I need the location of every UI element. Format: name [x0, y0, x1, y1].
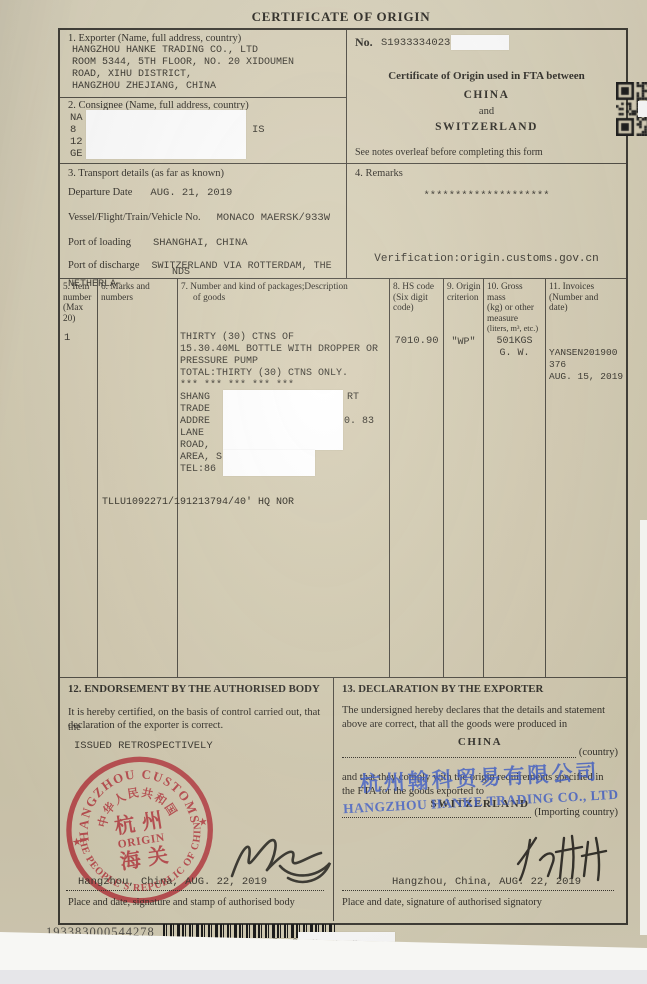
declaration-body-line: and that they comply with the origin req… — [342, 772, 604, 783]
col-invoices: 11. Invoices (Number and date) YANSEN201… — [546, 279, 626, 677]
remarks-label: 4. Remarks — [355, 168, 403, 179]
col-gross-mass: 10. Gross mass (kg) or other measure (li… — [484, 279, 546, 677]
consignee-box: 2. Consignee (Name, full address, countr… — [60, 98, 347, 164]
exporter-label: 1. Exporter (Name, full address, country… — [68, 33, 241, 44]
verification-url: Verification:origin.customs.gov.cn — [347, 253, 626, 265]
col-hs-code: 8. HS code (Six digit code) 7010.90 — [390, 279, 444, 677]
goods-table: 5. Item number (Max 20) 1 6. Marks and n… — [60, 279, 626, 678]
invoice-number: 376 — [549, 359, 623, 371]
remarks-box: 4. Remarks ******************** Verifica… — [347, 164, 626, 279]
declaration-place-date: Hangzhou, China, AUG. 22, 2019 — [392, 876, 581, 888]
redaction-block — [223, 390, 343, 450]
gross-mass-value: 501KGS — [484, 336, 545, 347]
invoice-date: AUG. 15, 2019 — [549, 371, 623, 383]
col-marks: 6. Marks and numbers — [98, 279, 178, 677]
importing-country-caption: (Importing country) — [534, 807, 618, 818]
exporter-line: HANGZHOU HANKE TRADING CO., LTD — [72, 45, 294, 57]
exporter-box: 1. Exporter (Name, full address, country… — [60, 30, 347, 98]
declaration-title: 13. DECLARATION BY THE EXPORTER — [342, 683, 543, 695]
customs-round-stamp-icon: HANGZHOU CUSTOMS THE PEOPLE'S REPUBLIC O… — [53, 743, 228, 922]
port-loading-value: SHANGHAI, CHINA — [153, 237, 248, 249]
origin-criterion-value: "WP" — [444, 337, 483, 348]
gross-weight-label: G. W. — [484, 348, 545, 359]
departure-date-row: Departure Date AUG. 21, 2019 — [68, 182, 232, 200]
hs-code-value: 7010.90 — [390, 335, 443, 347]
stamp-star-right: ★ — [198, 817, 209, 829]
fta-title: Certificate of Origin used in FTA betwee… — [347, 70, 626, 82]
dotted-line — [342, 746, 576, 758]
col-header: number — [63, 293, 95, 304]
fta-country-switzerland: SWITZERLAND — [347, 121, 626, 133]
port-loading-label: Port of loading — [68, 237, 131, 248]
exporter-line: ROOM 5344, 5TH FLOOR, NO. 20 XIDOUMEN — [72, 57, 294, 69]
exporter-line: HANGZHOU ZHEJIANG, CHINA — [72, 81, 294, 93]
invoice-number: YANSEN201900 — [549, 347, 623, 359]
col-header: 5. Item — [63, 282, 95, 293]
col-header: (Number and — [549, 293, 624, 304]
transport-label: 3. Transport details (as far as known) — [68, 168, 224, 179]
fta-conjunction: and — [347, 106, 626, 117]
vessel-value: MONACO MAERSK/933W — [217, 212, 330, 224]
consignee-fragment: 8 — [70, 124, 76, 136]
endorsement-caption: Place and date, signature and stamp of a… — [68, 897, 295, 908]
col-description: 7. Number and kind of packages;Descripti… — [178, 279, 390, 677]
col-header: 8. HS code — [393, 282, 441, 293]
col-header: (kg) or other — [487, 303, 543, 314]
stamp-star-left: ★ — [71, 837, 82, 849]
exporter-line: ROAD, XIHU DISTRICT, — [72, 69, 294, 81]
photo-background: CERTIFICATE OF ORIGIN 1. Exporter (Name,… — [0, 0, 647, 984]
col-header: 6. Marks and numbers — [101, 282, 175, 303]
vessel-label: Vessel/Flight/Train/Vehicle No. — [68, 212, 201, 223]
signature-dotted-line — [342, 890, 614, 891]
col-origin-criterion: 9. Origin criterion "WP" — [444, 279, 484, 677]
goods-desc-line: 15.30.40ML BOTTLE WITH DROPPER OR — [180, 344, 388, 356]
transport-box: 3. Transport details (as far as known) D… — [60, 164, 347, 279]
desc-fragment: RT — [347, 392, 359, 403]
col-header: (Max 20) — [63, 303, 95, 324]
col-header: (Six digit — [393, 293, 441, 304]
col-item-number: 5. Item number (Max 20) 1 — [60, 279, 98, 677]
item-number-value: 1 — [64, 332, 70, 344]
paper-edge — [640, 520, 647, 935]
col-header: 11. Invoices — [549, 282, 624, 293]
container-number: TLLU1092271/191213794/40' HQ NOR — [102, 497, 294, 508]
col-header: code) — [393, 303, 441, 314]
col-header: of goods — [181, 293, 387, 304]
country-caption: (country) — [579, 747, 618, 758]
consignee-fragment: NA — [70, 112, 83, 124]
col-header: criterion — [447, 293, 481, 304]
fta-country-china: CHINA — [347, 89, 626, 101]
declaration-body-line: above are correct, that all the goods we… — [342, 719, 567, 730]
endorsement-body-line: declaration of the exporter is correct. — [68, 720, 223, 731]
fta-note: See notes overleaf before completing thi… — [355, 147, 543, 158]
port-discharge-label: Port of discharge — [68, 260, 140, 271]
col-header: 9. Origin — [447, 282, 481, 293]
goods-desc-line: THIRTY (30) CTNS OF — [180, 332, 388, 344]
certificate-paper: CERTIFICATE OF ORIGIN 1. Exporter (Name,… — [0, 0, 647, 952]
consignee-fragment: 12 — [70, 136, 83, 148]
page-title: CERTIFICATE OF ORIGIN — [58, 9, 624, 25]
port-discharge-value-cont: NDS — [172, 267, 190, 278]
col-header: measure — [487, 314, 543, 325]
certificate-number-label: No. — [355, 35, 373, 50]
departure-date-label: Departure Date — [68, 187, 132, 198]
country-line: (country) — [342, 746, 618, 758]
col-header: (liters, m³, etc.) — [487, 324, 543, 335]
redaction-block — [223, 450, 315, 476]
endorsement-place-date: Hangzhou, China, AUG. 22, 2019 — [78, 876, 267, 888]
declaration-body-line: the FTA for the goods exported to — [342, 786, 484, 797]
certificate-form: 1. Exporter (Name, full address, country… — [58, 28, 628, 925]
col-header: 7. Number and kind of packages;Descripti… — [181, 282, 387, 293]
vessel-row: Vessel/Flight/Train/Vehicle No. MONACO M… — [68, 207, 330, 225]
certificate-number-box: No. S1933334023 Certificate of Origin us… — [347, 30, 626, 164]
importing-country-line: (Importing country) — [342, 806, 618, 818]
dotted-line — [342, 806, 531, 818]
remarks-stars: ******************** — [347, 190, 626, 202]
endorsement-box: 12. ENDORSEMENT BY THE AUTHORISED BODY I… — [60, 678, 334, 921]
redaction-block — [638, 101, 647, 117]
port-loading-row: Port of loading SHANGHAI, CHINA — [68, 232, 248, 250]
goods-desc-line: PRESSURE PUMP — [180, 356, 388, 368]
departure-date-value: AUG. 21, 2019 — [150, 187, 232, 199]
goods-desc-line: TOTAL:THIRTY (30) CTNS ONLY. — [180, 368, 388, 380]
declaration-body-line: The undersigned hereby declares that the… — [342, 705, 605, 716]
endorsement-title: 12. ENDORSEMENT BY THE AUTHORISED BODY — [68, 683, 320, 695]
consignee-fragment: IS — [252, 124, 265, 136]
col-header: date) — [549, 303, 624, 314]
signature-dotted-line — [66, 890, 324, 891]
col-header: 10. Gross mass — [487, 282, 543, 303]
redaction-block — [451, 35, 509, 50]
desc-fragment: 0. 83 — [344, 416, 374, 427]
declaration-caption: Place and date, signature of authorised … — [342, 897, 542, 908]
redaction-block — [86, 110, 246, 159]
certificate-number-value: S1933334023 — [381, 37, 450, 49]
declaration-box: 13. DECLARATION BY THE EXPORTER The unde… — [334, 678, 626, 921]
consignee-fragment: GE — [70, 148, 83, 160]
